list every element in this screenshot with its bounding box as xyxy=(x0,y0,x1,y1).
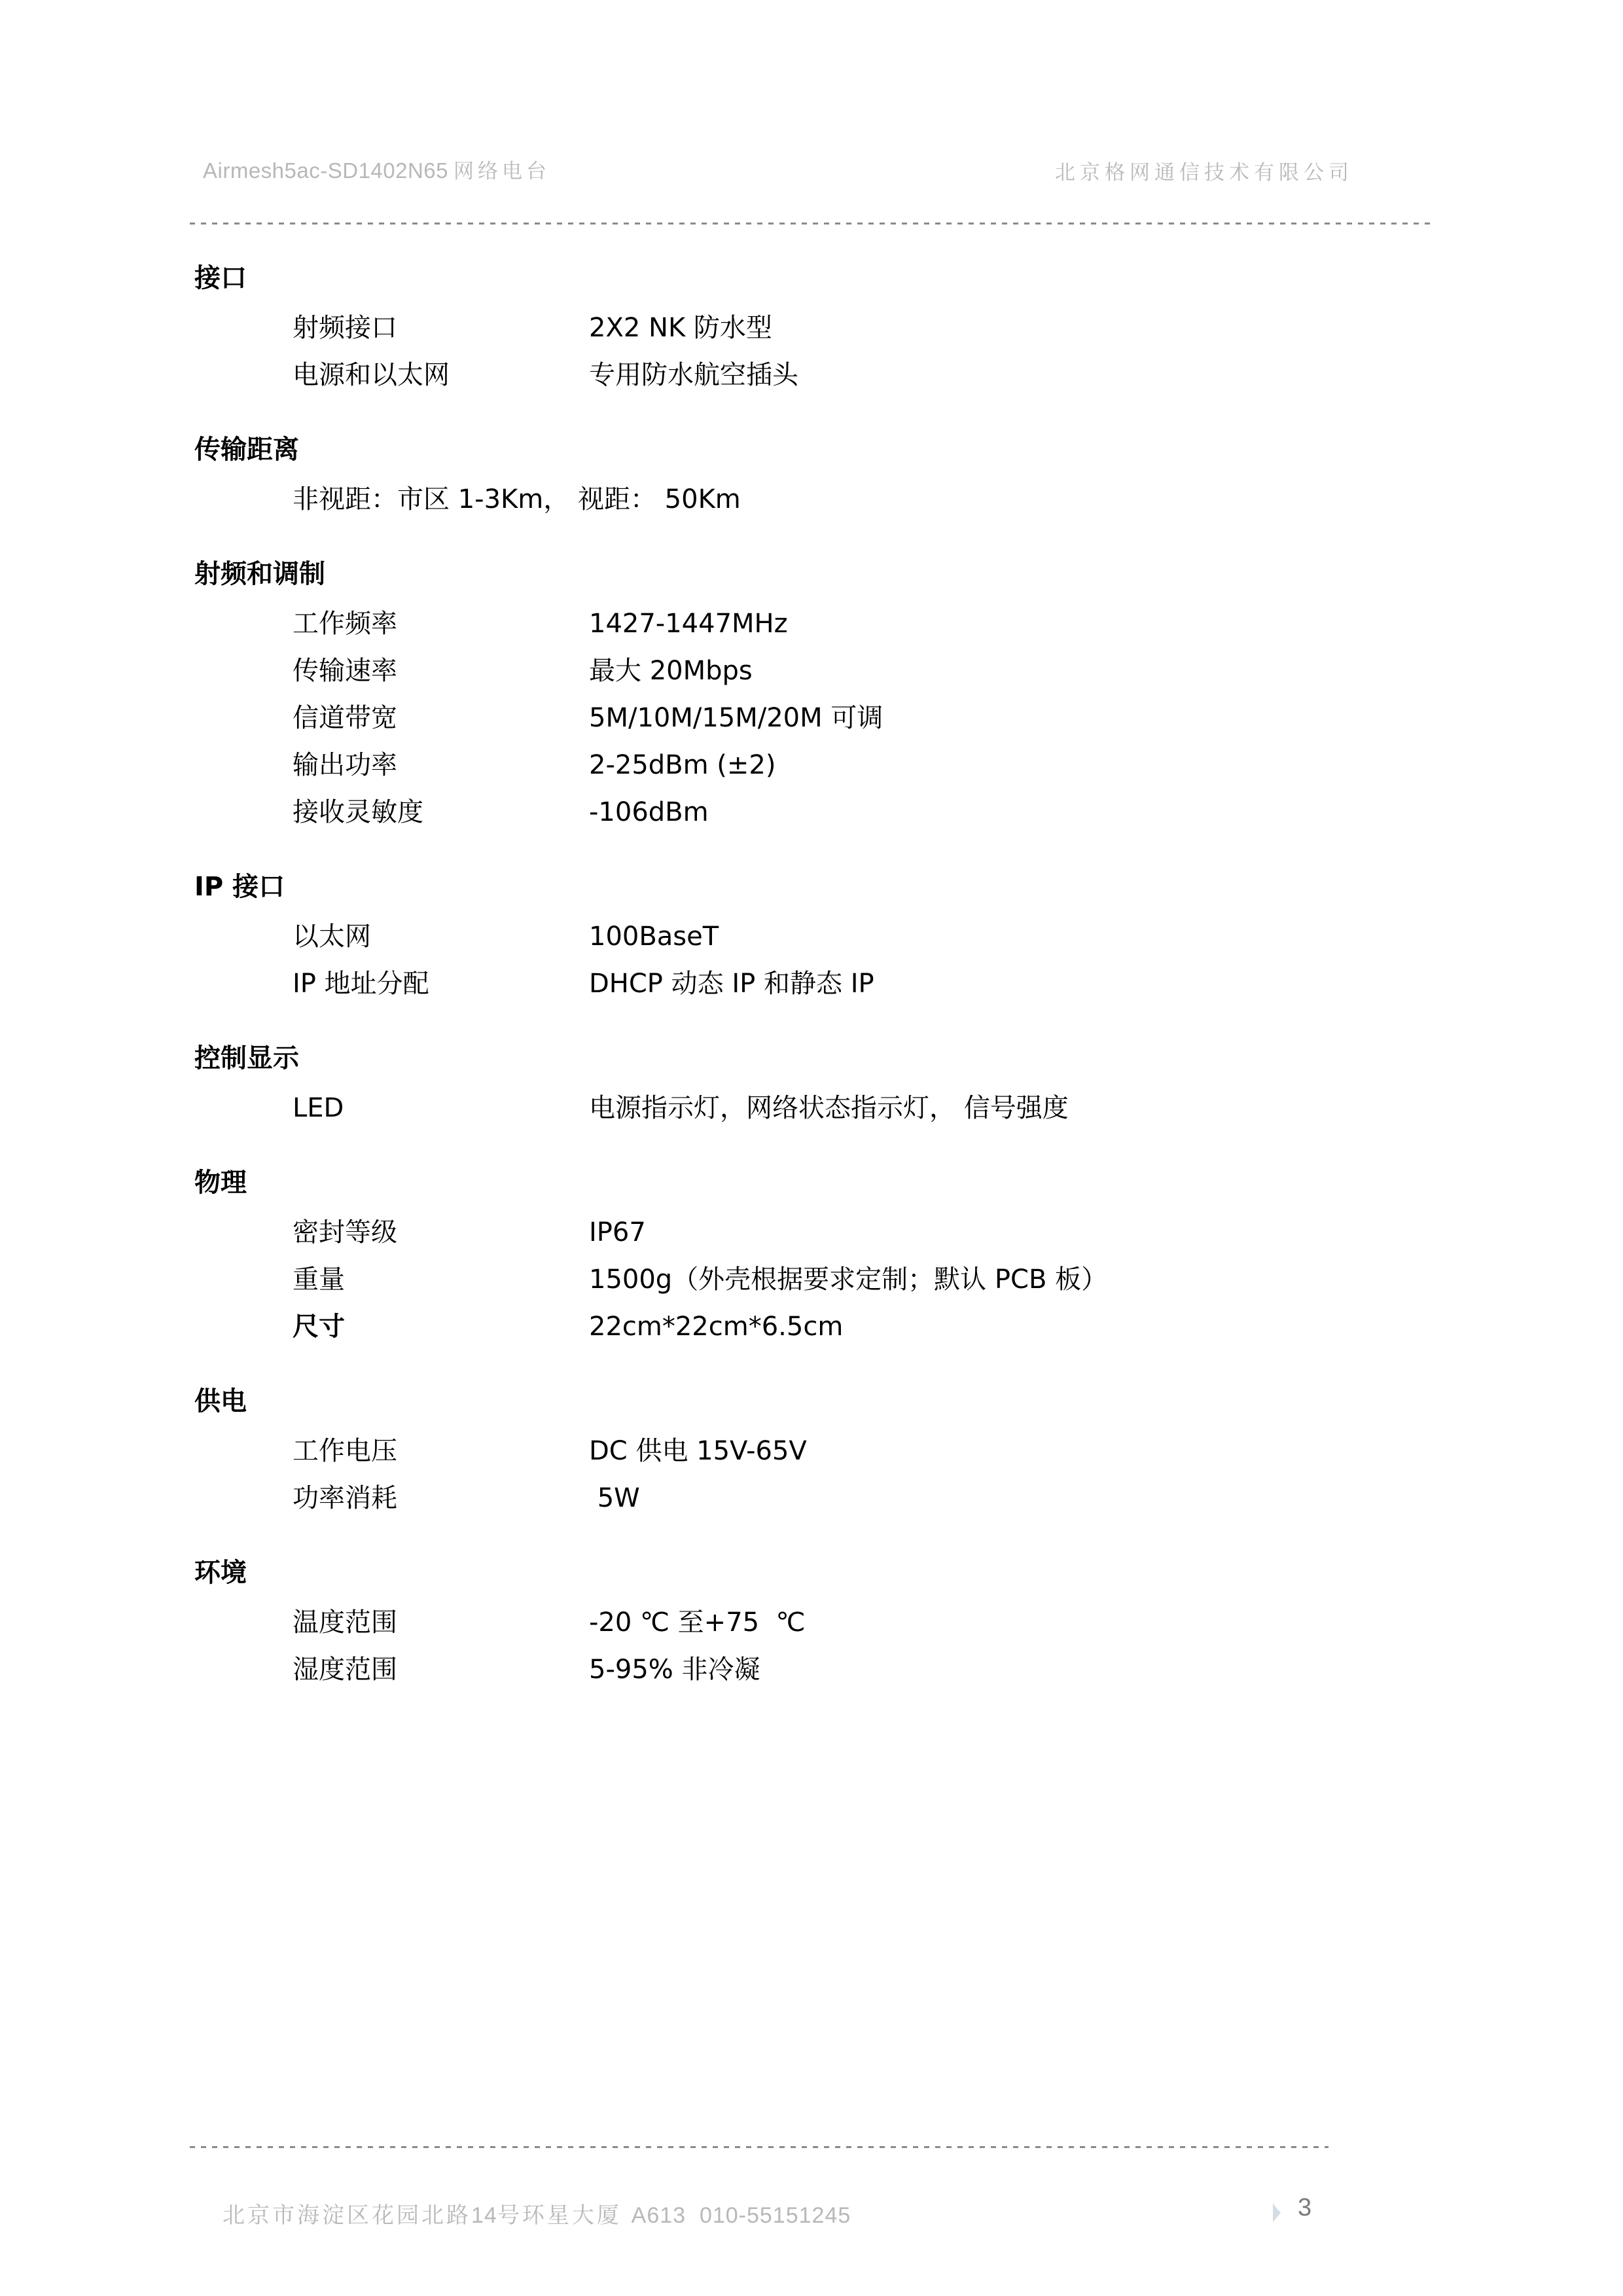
spec-value: -20 ℃ 至+75 ℃ xyxy=(589,1599,1438,1646)
spec-value: 100BaseT xyxy=(589,913,1438,960)
section-title: 接口 xyxy=(194,259,1438,298)
section-power-supply: 供电 工作电压 DC 供电 15V-65V 功率消耗 5W xyxy=(194,1382,1438,1522)
spec-label: 重量 xyxy=(194,1256,589,1303)
spec-label: 温度范围 xyxy=(194,1599,589,1646)
spec-value: DC 供电 15V-65V xyxy=(589,1427,1438,1475)
header-company-name: 北京格网通信技术有限公司 xyxy=(1055,156,1353,185)
spec-row: 电源和以太网 专用防水航空插头 xyxy=(194,351,1438,399)
spec-row: 信道带宽 5M/10M/15M/20M 可调 xyxy=(194,694,1438,742)
page-number: 3 xyxy=(1298,2194,1311,2222)
spec-label: 尺寸 xyxy=(194,1303,589,1350)
spec-label: IP 地址分配 xyxy=(194,960,589,1007)
section-title: 物理 xyxy=(194,1163,1438,1202)
spec-row: 重量 1500g（外壳根据要求定制；默认 PCB 板） xyxy=(194,1256,1438,1303)
section-rf-modulation: 射频和调制 工作频率 1427-1447MHz 传输速率 最大 20Mbps 信… xyxy=(194,554,1438,836)
spec-value: 电源指示灯，网络状态指示灯， 信号强度 xyxy=(589,1085,1438,1132)
page-marker-triangle-icon xyxy=(1273,2204,1281,2222)
spec-content: 接口 射频接口 2X2 NK 防水型 电源和以太网 专用防水航空插头 传输距离 … xyxy=(194,259,1438,1725)
spec-label: 传输速率 xyxy=(194,647,589,694)
header-divider xyxy=(190,223,1435,224)
spec-label: 输出功率 xyxy=(194,742,589,789)
spec-row: 输出功率 2-25dBm (±2) xyxy=(194,742,1438,789)
section-title: 控制显示 xyxy=(194,1039,1438,1078)
spec-row: 温度范围 -20 ℃ 至+75 ℃ xyxy=(194,1599,1438,1646)
section-control-display: 控制显示 LED 电源指示灯，网络状态指示灯， 信号强度 xyxy=(194,1039,1438,1132)
spec-value: 2X2 NK 防水型 xyxy=(589,304,1438,351)
spec-label: 电源和以太网 xyxy=(194,351,589,399)
spec-value: -106dBm xyxy=(589,789,1438,836)
spec-value: DHCP 动态 IP 和静态 IP xyxy=(589,960,1438,1007)
spec-value: IP67 xyxy=(589,1209,1438,1256)
spec-label: 工作频率 xyxy=(194,600,589,647)
footer-divider xyxy=(190,2146,1329,2148)
spec-row: 传输速率 最大 20Mbps xyxy=(194,647,1438,694)
spec-value: 5-95% 非冷凝 xyxy=(589,1646,1438,1693)
spec-row: 密封等级 IP67 xyxy=(194,1209,1438,1256)
spec-row: 工作频率 1427-1447MHz xyxy=(194,600,1438,647)
header-product-model: Airmesh5ac-SD1402N65 xyxy=(203,158,448,183)
spec-row: 功率消耗 5W xyxy=(194,1475,1438,1522)
spec-value: 5M/10M/15M/20M 可调 xyxy=(589,694,1438,742)
spec-label: 湿度范围 xyxy=(194,1646,589,1693)
section-title: 供电 xyxy=(194,1382,1438,1421)
section-environment: 环境 温度范围 -20 ℃ 至+75 ℃ 湿度范围 5-95% 非冷凝 xyxy=(194,1553,1438,1693)
section-ip-interface: IP 接口 以太网 100BaseT IP 地址分配 DHCP 动态 IP 和静… xyxy=(194,867,1438,1007)
spec-value: 专用防水航空插头 xyxy=(589,351,1438,399)
spec-row: LED 电源指示灯，网络状态指示灯， 信号强度 xyxy=(194,1085,1438,1132)
spec-value: 22cm*22cm*6.5cm xyxy=(589,1303,1438,1350)
spec-value: 最大 20Mbps xyxy=(589,647,1438,694)
spec-row: 非视距：市区 1-3Km， 视距： 50Km xyxy=(194,476,1438,523)
spec-label: 功率消耗 xyxy=(194,1475,589,1522)
section-interface: 接口 射频接口 2X2 NK 防水型 电源和以太网 专用防水航空插头 xyxy=(194,259,1438,399)
spec-row: 工作电压 DC 供电 15V-65V xyxy=(194,1427,1438,1475)
spec-row: 射频接口 2X2 NK 防水型 xyxy=(194,304,1438,351)
spec-row: 尺寸 22cm*22cm*6.5cm xyxy=(194,1303,1438,1350)
section-title: 环境 xyxy=(194,1553,1438,1592)
spec-value: 1500g（外壳根据要求定制；默认 PCB 板） xyxy=(589,1256,1438,1303)
footer-address-number: 14 xyxy=(471,2203,497,2228)
section-title: 传输距离 xyxy=(194,430,1438,469)
spec-label: 以太网 xyxy=(194,913,589,960)
spec-label: 信道带宽 xyxy=(194,694,589,742)
spec-value: 2-25dBm (±2) xyxy=(589,742,1438,789)
header-product-suffix: 网络电台 xyxy=(454,160,550,183)
section-transmission-distance: 传输距离 非视距：市区 1-3Km， 视距： 50Km xyxy=(194,430,1438,523)
section-title: 射频和调制 xyxy=(194,554,1438,594)
section-title: IP 接口 xyxy=(194,867,1438,906)
spec-row: 湿度范围 5-95% 非冷凝 xyxy=(194,1646,1438,1693)
spec-label: 射频接口 xyxy=(194,304,589,351)
spec-value: 5W xyxy=(589,1475,1438,1522)
spec-row: 接收灵敏度 -106dBm xyxy=(194,789,1438,836)
spec-value: 1427-1447MHz xyxy=(589,600,1438,647)
footer-room-phone: A613 010-55151245 xyxy=(632,2203,851,2228)
spec-label: 密封等级 xyxy=(194,1209,589,1256)
spec-row: 以太网 100BaseT xyxy=(194,913,1438,960)
footer-address-street: 北京市海淀区花园北路 xyxy=(223,2202,471,2229)
spec-label: 非视距：市区 1-3Km， 视距： 50Km xyxy=(194,476,741,523)
spec-row: IP 地址分配 DHCP 动态 IP 和静态 IP xyxy=(194,960,1438,1007)
footer-address: 北京市海淀区花园北路14号环星大厦 A613 010-55151245 xyxy=(223,2197,851,2229)
spec-label: LED xyxy=(194,1085,589,1132)
footer-address-building: 号环星大厦 xyxy=(497,2202,622,2229)
spec-label: 工作电压 xyxy=(194,1427,589,1475)
spec-label: 接收灵敏度 xyxy=(194,789,589,836)
header-product-title: Airmesh5ac-SD1402N65网络电台 xyxy=(203,154,550,184)
section-physical: 物理 密封等级 IP67 重量 1500g（外壳根据要求定制；默认 PCB 板）… xyxy=(194,1163,1438,1350)
